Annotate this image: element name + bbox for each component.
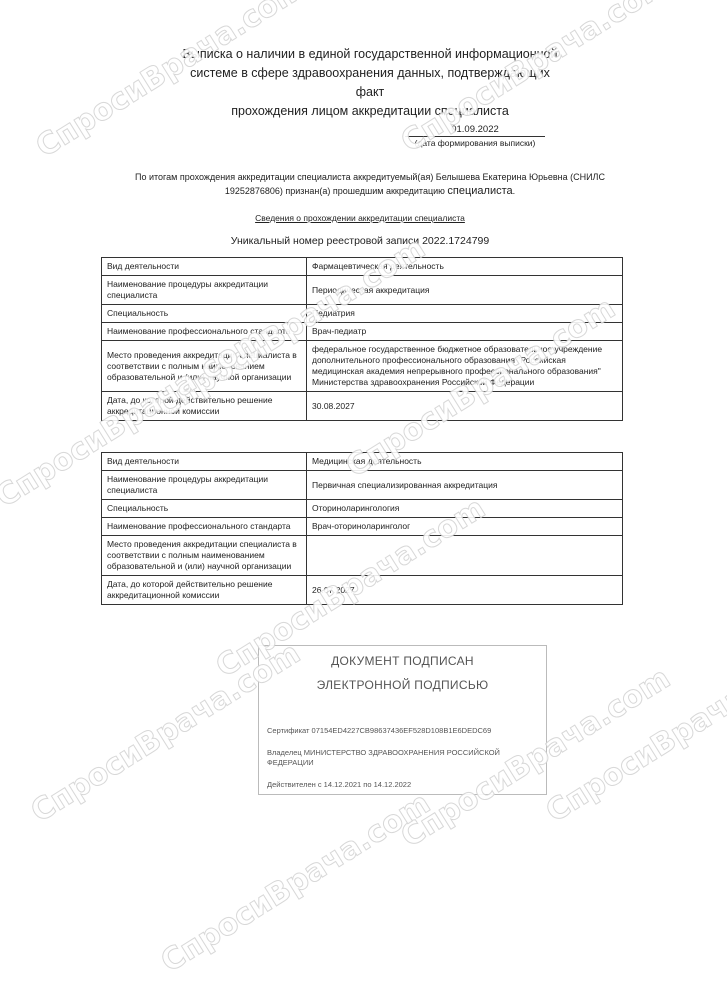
accreditation-table-1: Вид деятельностиФармацевтическая деятель…	[101, 257, 623, 421]
row-value: Периодическая аккредитация	[307, 276, 623, 305]
intro-line-2: 19252876806) признан(а) прошедшим аккред…	[105, 184, 635, 198]
intro-line-1: По итогам прохождения аккредитации специ…	[105, 170, 635, 184]
signature-validity: Действителен с 14.12.2021 по 14.12.2022	[267, 780, 542, 790]
intro-paragraph: По итогам прохождения аккредитации специ…	[105, 170, 635, 198]
signature-subheading: ЭЛЕКТРОННОЙ ПОДПИСЬЮ	[259, 678, 546, 692]
row-value: Оториноларингология	[307, 500, 623, 518]
table-row: Наименование профессионального стандарта…	[102, 518, 623, 536]
table-row: Место проведения аккредитации специалист…	[102, 536, 623, 576]
row-label: Специальность	[102, 305, 307, 323]
row-label: Вид деятельности	[102, 258, 307, 276]
table-row: Вид деятельностиМедицинская деятельность	[102, 453, 623, 471]
row-label: Наименование профессионального стандарта	[102, 518, 307, 536]
signature-heading: ДОКУМЕНТ ПОДПИСАН	[259, 654, 546, 668]
title-line: системе в сфере здравоохранения данных, …	[180, 64, 560, 102]
intro-text: 19252876806) признан(а) прошедшим аккред…	[225, 186, 448, 196]
table-row: Вид деятельностиФармацевтическая деятель…	[102, 258, 623, 276]
row-label: Специальность	[102, 500, 307, 518]
row-value: Первичная специализированная аккредитаци…	[307, 471, 623, 500]
table-row: Наименование процедуры аккредитации спец…	[102, 276, 623, 305]
watermark: СпросиВрача.com	[540, 636, 727, 830]
document-title: Выписка о наличии в единой государственн…	[180, 45, 560, 121]
row-label: Наименование профессионального стандарта	[102, 323, 307, 341]
row-label: Дата, до которой действительно решение а…	[102, 576, 307, 605]
watermark: СпросиВрача.com	[155, 786, 437, 980]
row-value: Врач-педиатр	[307, 323, 623, 341]
table-row: Дата, до которой действительно решение а…	[102, 392, 623, 421]
table-row: СпециальностьОториноларингология	[102, 500, 623, 518]
row-value: Фармацевтическая деятельность	[307, 258, 623, 276]
table-row: СпециальностьПедиатрия	[102, 305, 623, 323]
row-label: Место проведения аккредитации специалист…	[102, 341, 307, 392]
row-value: Педиатрия	[307, 305, 623, 323]
row-value	[307, 536, 623, 576]
signature-owner: Владелец МИНИСТЕРСТВО ЗДРАВООХРАНЕНИЯ РО…	[267, 748, 542, 768]
intro-suffix: .	[513, 186, 516, 196]
row-label: Вид деятельности	[102, 453, 307, 471]
row-value: 26.07.2027	[307, 576, 623, 605]
title-line: прохождения лицом аккредитации специалис…	[180, 102, 560, 121]
accreditation-table-2: Вид деятельностиМедицинская деятельность…	[101, 452, 623, 605]
table-row: Место проведения аккредитации специалист…	[102, 341, 623, 392]
table-row: Наименование профессионального стандарта…	[102, 323, 623, 341]
row-label: Дата, до которой действительно решение а…	[102, 392, 307, 421]
date-block: 01.09.2022 (дата формирования выписки)	[405, 124, 545, 148]
table-row: Дата, до которой действительно решение а…	[102, 576, 623, 605]
row-value: федеральное государственное бюджетное об…	[307, 341, 623, 392]
issue-date-caption: (дата формирования выписки)	[405, 138, 545, 148]
row-value: Врач-оториноларинголог	[307, 518, 623, 536]
row-value: Медицинская деятельность	[307, 453, 623, 471]
row-label: Наименование процедуры аккредитации спец…	[102, 471, 307, 500]
row-value: 30.08.2027	[307, 392, 623, 421]
row-label: Место проведения аккредитации специалист…	[102, 536, 307, 576]
table-row: Наименование процедуры аккредитации спец…	[102, 471, 623, 500]
electronic-signature-stamp: ДОКУМЕНТ ПОДПИСАН ЭЛЕКТРОННОЙ ПОДПИСЬЮ С…	[258, 645, 547, 795]
title-line: Выписка о наличии в единой государственн…	[180, 45, 560, 64]
intro-emphasis: специалиста	[447, 185, 512, 197]
section-heading: Сведения о прохождении аккредитации спец…	[160, 213, 560, 223]
issue-date: 01.09.2022	[405, 124, 545, 137]
signature-certificate: Сертификат 07154ED4227CB98637436EF528D10…	[267, 726, 542, 736]
row-label: Наименование процедуры аккредитации спец…	[102, 276, 307, 305]
registry-number: Уникальный номер реестровой записи 2022.…	[140, 235, 580, 247]
